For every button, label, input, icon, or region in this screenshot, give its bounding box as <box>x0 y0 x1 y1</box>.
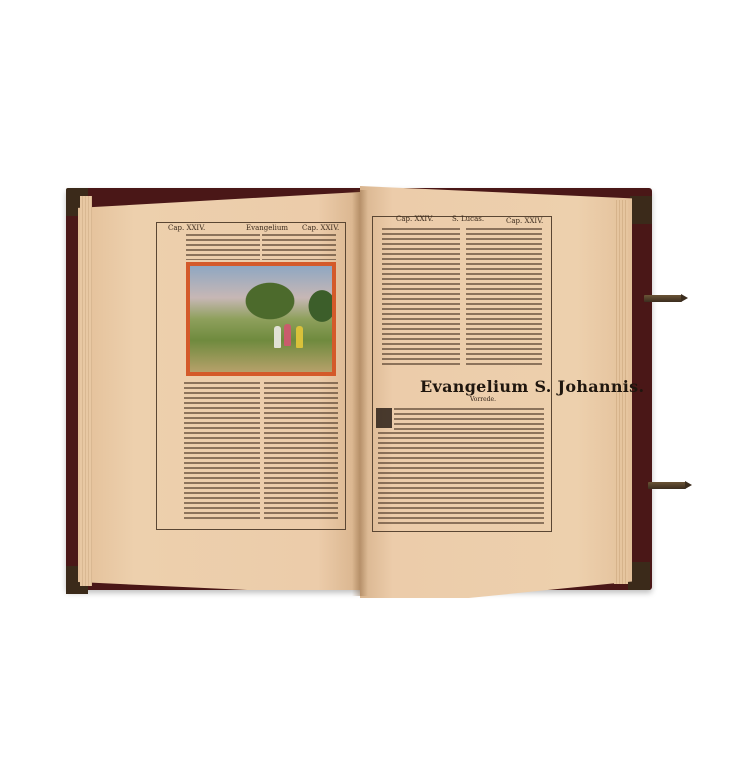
text-column <box>466 228 542 368</box>
text-block <box>378 432 544 526</box>
running-head-right: Cap. XXIV. <box>302 224 339 232</box>
text-block <box>394 408 544 430</box>
page-edges <box>80 196 92 586</box>
text-column <box>264 382 338 522</box>
text-column <box>184 382 260 522</box>
gospel-subheading: Vorrede. <box>470 396 496 403</box>
engraving-illustration <box>186 262 336 376</box>
text-column <box>186 234 260 260</box>
clasp <box>648 482 686 489</box>
figure <box>284 324 291 346</box>
figure <box>274 326 281 348</box>
drop-cap <box>376 408 392 428</box>
running-head-left: Cap. XXIV. <box>396 215 433 223</box>
running-head-right: Cap. XXIV. <box>506 217 543 225</box>
running-head-left: Cap. XXIV. <box>168 224 205 232</box>
text-column <box>262 234 336 260</box>
figure <box>296 326 303 348</box>
clasp <box>644 295 682 302</box>
running-head-center: S. Lucas. <box>452 215 484 223</box>
gospel-heading: Evangelium S. Johannis. <box>420 377 644 396</box>
text-column <box>382 228 460 368</box>
book-photo: Cap. XXIV. Evangelium Cap. XXIV. Hand-co… <box>0 0 750 780</box>
running-head-center: Evangelium <box>246 224 288 232</box>
corner-fitting <box>630 196 652 224</box>
book-gutter <box>352 190 368 596</box>
